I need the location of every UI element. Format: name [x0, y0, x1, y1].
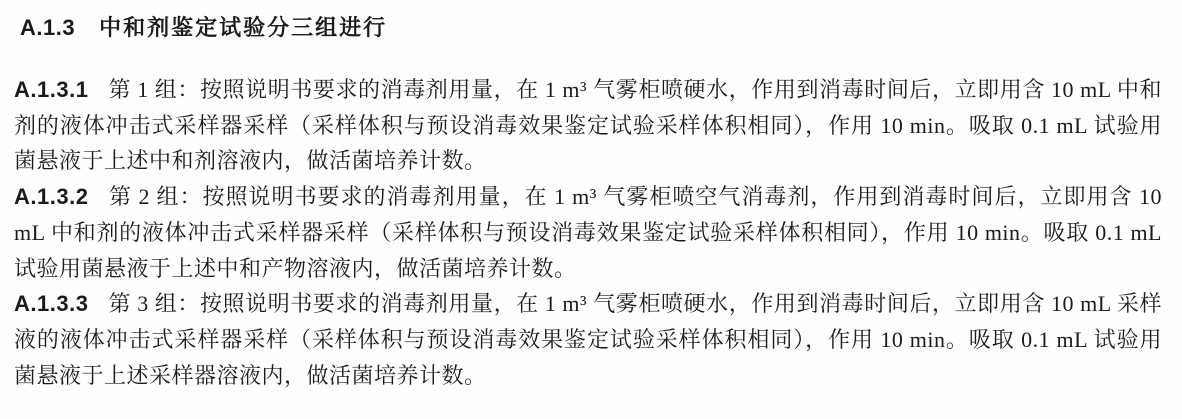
clause-paragraph-2: A.1.3.2第 2 组：按照说明书要求的消毒剂用量，在 1 m³ 气雾柜喷空气… [14, 179, 1162, 286]
clause-paragraph-3: A.1.3.3第 3 组：按照说明书要求的消毒剂用量，在 1 m³ 气雾柜喷硬水… [14, 286, 1162, 393]
clause-number: A.1.3.3 [14, 291, 88, 316]
clause-paragraph-1: A.1.3.1第 1 组：按照说明书要求的消毒剂用量，在 1 m³ 气雾柜喷硬水… [14, 72, 1162, 179]
clause-number: A.1.3.1 [14, 77, 88, 102]
section-heading: A.1.3中和剂鉴定试验分三组进行 [20, 14, 1162, 42]
section-heading-number: A.1.3 [20, 15, 75, 40]
clause-text: 第 3 组：按照说明书要求的消毒剂用量，在 1 m³ 气雾柜喷硬水，作用到消毒时… [14, 291, 1162, 387]
document-page: A.1.3中和剂鉴定试验分三组进行 A.1.3.1第 1 组：按照说明书要求的消… [0, 0, 1182, 419]
clause-text: 第 1 组：按照说明书要求的消毒剂用量，在 1 m³ 气雾柜喷硬水，作用到消毒时… [14, 77, 1162, 173]
section-body: A.1.3.1第 1 组：按照说明书要求的消毒剂用量，在 1 m³ 气雾柜喷硬水… [14, 72, 1162, 393]
clause-text: 第 2 组：按照说明书要求的消毒剂用量，在 1 m³ 气雾柜喷空气消毒剂，作用到… [14, 184, 1162, 280]
section-heading-title: 中和剂鉴定试验分三组进行 [99, 15, 387, 40]
clause-number: A.1.3.2 [14, 184, 88, 209]
